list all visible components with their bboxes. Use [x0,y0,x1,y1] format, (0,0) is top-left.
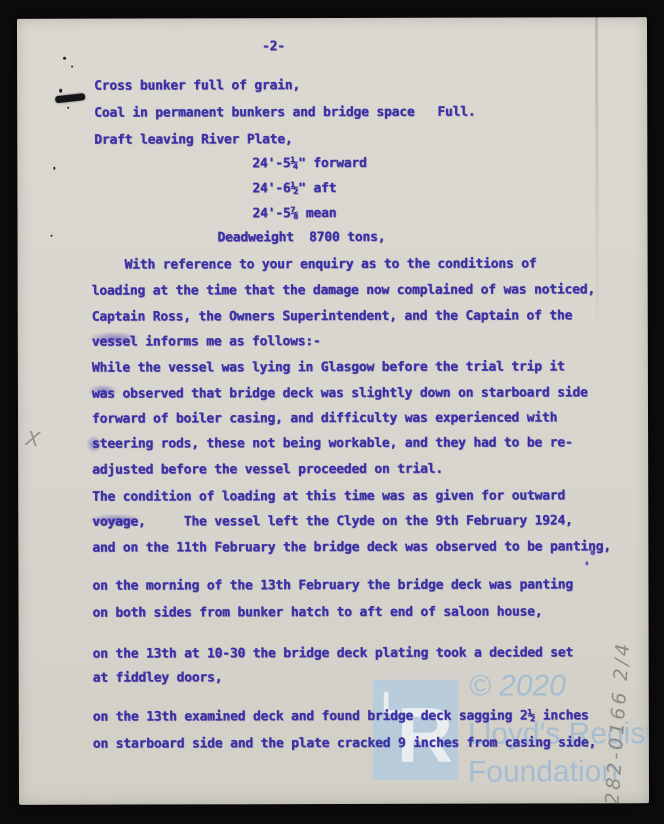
page-number: -2- [262,39,285,55]
typed-line: on the 13th examined deck and found brid… [93,708,589,725]
paper-speck [71,66,73,68]
typed-line: loading at the time that the damage now … [92,282,595,299]
watermark-copyright: © 2020 [469,669,566,703]
typed-line: on the 13th at 10-30 the bridge deck pla… [93,645,574,662]
typed-line: on both sides from bunker hatch to aft e… [93,604,543,621]
typed-line: forward of boiler casing, and difficulty… [92,410,557,427]
typed-line: steering rods, these not being workable,… [92,435,573,452]
ink-blot [55,93,86,103]
typed-line: The condition of loading at this time wa… [92,488,565,505]
lloyds-register-logo: L R [373,680,458,780]
typed-line-draft-aft: 24'-6½" aft [252,181,336,197]
typed-line: Coal in permanent bunkers and bridge spa… [94,105,475,122]
typed-line: and on the 11th February the bridge deck… [92,539,611,556]
ink-scribble [88,385,118,398]
typed-line: voyage, The vessel left the Clyde on the… [92,513,573,530]
typed-line: was observed that bridge deck was slight… [92,385,588,402]
paper-speck [67,107,69,109]
typed-line-deadweight: Deadweight 8700 tons, [218,230,386,246]
paper-speck [53,167,55,170]
typed-line: adjusted before the vessel proceeded on … [92,462,443,479]
typed-line: While the vessel was lying in Glasgow be… [92,359,565,376]
typed-line: With reference to your enquiry as to the… [125,256,537,273]
typed-line: on the morning of the 13th February the … [92,577,573,594]
paper-speck [59,89,62,93]
scan-background: L R © 2020 Lloyd's Register Foundation -… [0,0,664,824]
document-page: L R © 2020 Lloyd's Register Foundation -… [17,17,649,805]
ink-scribble [88,332,140,346]
watermark-organization-line2: Foundation [468,755,618,789]
paper-speck [63,57,66,60]
ink-scribble [86,436,102,453]
reference-number-annotation: W282-0166 2/4 [600,564,649,804]
typed-line: at fiddley doors, [93,670,223,686]
typed-line: Draft leaving River Plate, [94,132,292,149]
paper-crease [595,17,599,357]
typed-line: Cross bunker full of grain, [94,78,300,95]
ink-speck [585,561,588,565]
ink-scribble [88,513,142,526]
typed-line: Captain Ross, the Owners Superintendent,… [92,308,573,325]
typed-line: on starboard side and the plate cracked … [93,735,596,752]
typed-line-draft-forward: 24'-5¼" forward [252,156,366,172]
pencil-x-mark: X [24,426,41,452]
paper-speck [51,235,53,237]
typed-line-draft-mean: 24'-5⅞ mean [252,206,336,222]
